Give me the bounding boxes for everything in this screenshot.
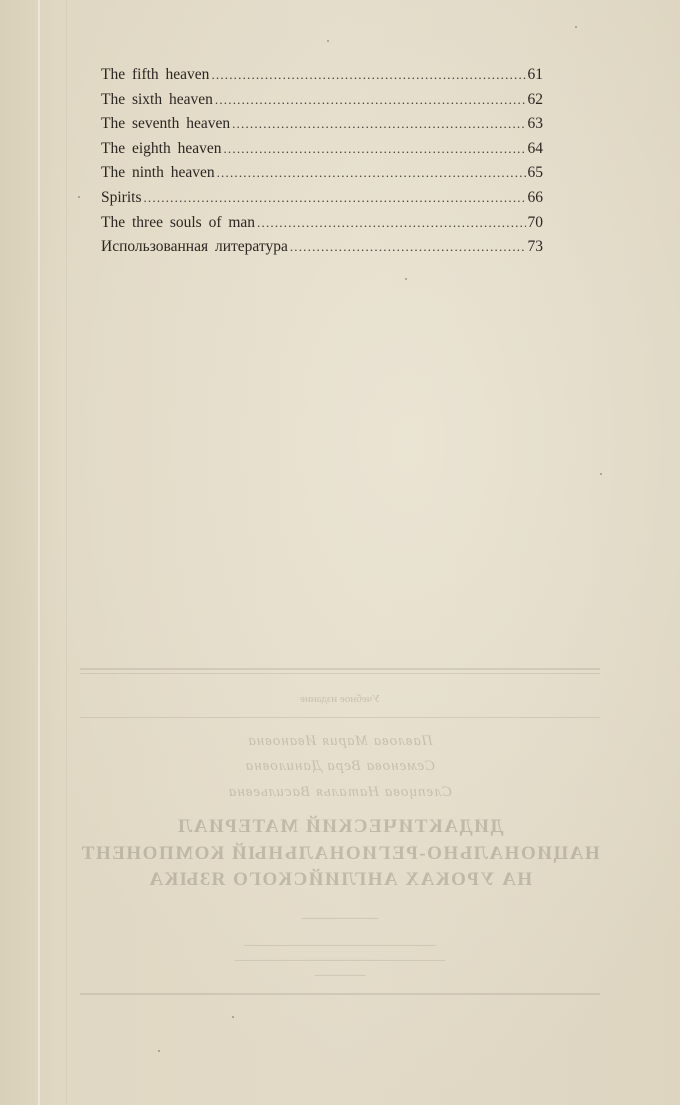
paper-speck: [158, 1050, 160, 1052]
toc-entry-title: The eighth heaven: [101, 140, 223, 158]
bleed-imprint: ─────────────────────────────────: [0, 955, 680, 965]
toc-entry-page: 65: [526, 164, 544, 182]
bleed-title-line: НА УРОКАХ АНГЛИЙСКОГО ЯЗЫКА: [0, 869, 680, 891]
toc-entry: The sixth heaven 62: [101, 91, 543, 116]
toc-entry-page: 63: [526, 115, 544, 133]
toc-entry-page: 70: [526, 214, 544, 232]
bleed-title-line: ДИДАКТИЧЕСКИЙ МАТЕРИАЛ: [0, 816, 680, 838]
bleed-imprint: ────────: [0, 970, 680, 980]
toc-leader-dots: [223, 141, 525, 157]
toc-entry: The seventh heaven 63: [101, 115, 543, 140]
toc-entry-page: 73: [526, 238, 544, 256]
toc-entry-title: The fifth heaven: [101, 66, 211, 84]
toc-entry-title: The ninth heaven: [101, 164, 217, 182]
paper-speck: [575, 26, 577, 28]
paper-speck: [600, 473, 602, 475]
toc-entry-title: The sixth heaven: [101, 91, 215, 109]
toc-entry-page: 61: [526, 66, 544, 84]
toc-entry-title: The seventh heaven: [101, 115, 232, 133]
paper-speck: [232, 1016, 234, 1018]
bleed-author: Семенова Вера Даниловна: [0, 758, 680, 775]
toc-leader-dots: [232, 116, 525, 132]
toc-entry-page: 64: [526, 140, 544, 158]
bleed-imprint: ──────────────────────────────: [0, 940, 680, 950]
paper-speck: [78, 196, 80, 198]
bleed-rule: [80, 668, 600, 670]
toc-entry: The eighth heaven 64: [101, 140, 543, 165]
scanned-page: Учебное издание Павлова Мария Ивановна С…: [0, 0, 680, 1105]
page-edge-shadow: [66, 0, 67, 1105]
toc-leader-dots: [143, 190, 525, 206]
bleed-title-line: НАЦИОНАЛЬНО-РЕГИОНАЛЬНЫЙ КОМПОНЕНТ: [0, 843, 680, 865]
toc-entry: The three souls of man 70: [101, 214, 543, 239]
toc-leader-dots: [217, 165, 526, 181]
toc-entry-title: Использованная литература: [101, 238, 290, 256]
toc-entry: The fifth heaven 61: [101, 66, 543, 91]
bleed-imprint: ────────────: [0, 913, 680, 923]
table-of-contents: The fifth heaven 61 The sixth heaven 62 …: [101, 66, 543, 263]
toc-leader-dots: [215, 92, 526, 108]
paper-speck: [327, 40, 329, 42]
toc-entry: Использованная литература 73: [101, 238, 543, 263]
bleed-rule: [80, 717, 600, 718]
paper-speck: [405, 278, 407, 280]
toc-leader-dots: [257, 215, 525, 231]
bleed-label: Учебное издание: [0, 693, 680, 705]
toc-entry: The ninth heaven 65: [101, 164, 543, 189]
toc-entry-title: Spirits: [101, 189, 143, 207]
bleed-rule: [80, 673, 600, 674]
toc-entry-page: 66: [526, 189, 544, 207]
toc-entry: Spirits 66: [101, 189, 543, 214]
page-edge-highlight: [38, 0, 40, 1105]
bleed-rule: [80, 993, 600, 995]
bleed-author: Слепцова Наталья Васильевна: [0, 784, 680, 801]
toc-entry-page: 62: [526, 91, 544, 109]
bleed-author: Павлова Мария Ивановна: [0, 733, 680, 750]
toc-leader-dots: [211, 67, 525, 83]
toc-leader-dots: [290, 239, 526, 255]
toc-entry-title: The three souls of man: [101, 214, 257, 232]
